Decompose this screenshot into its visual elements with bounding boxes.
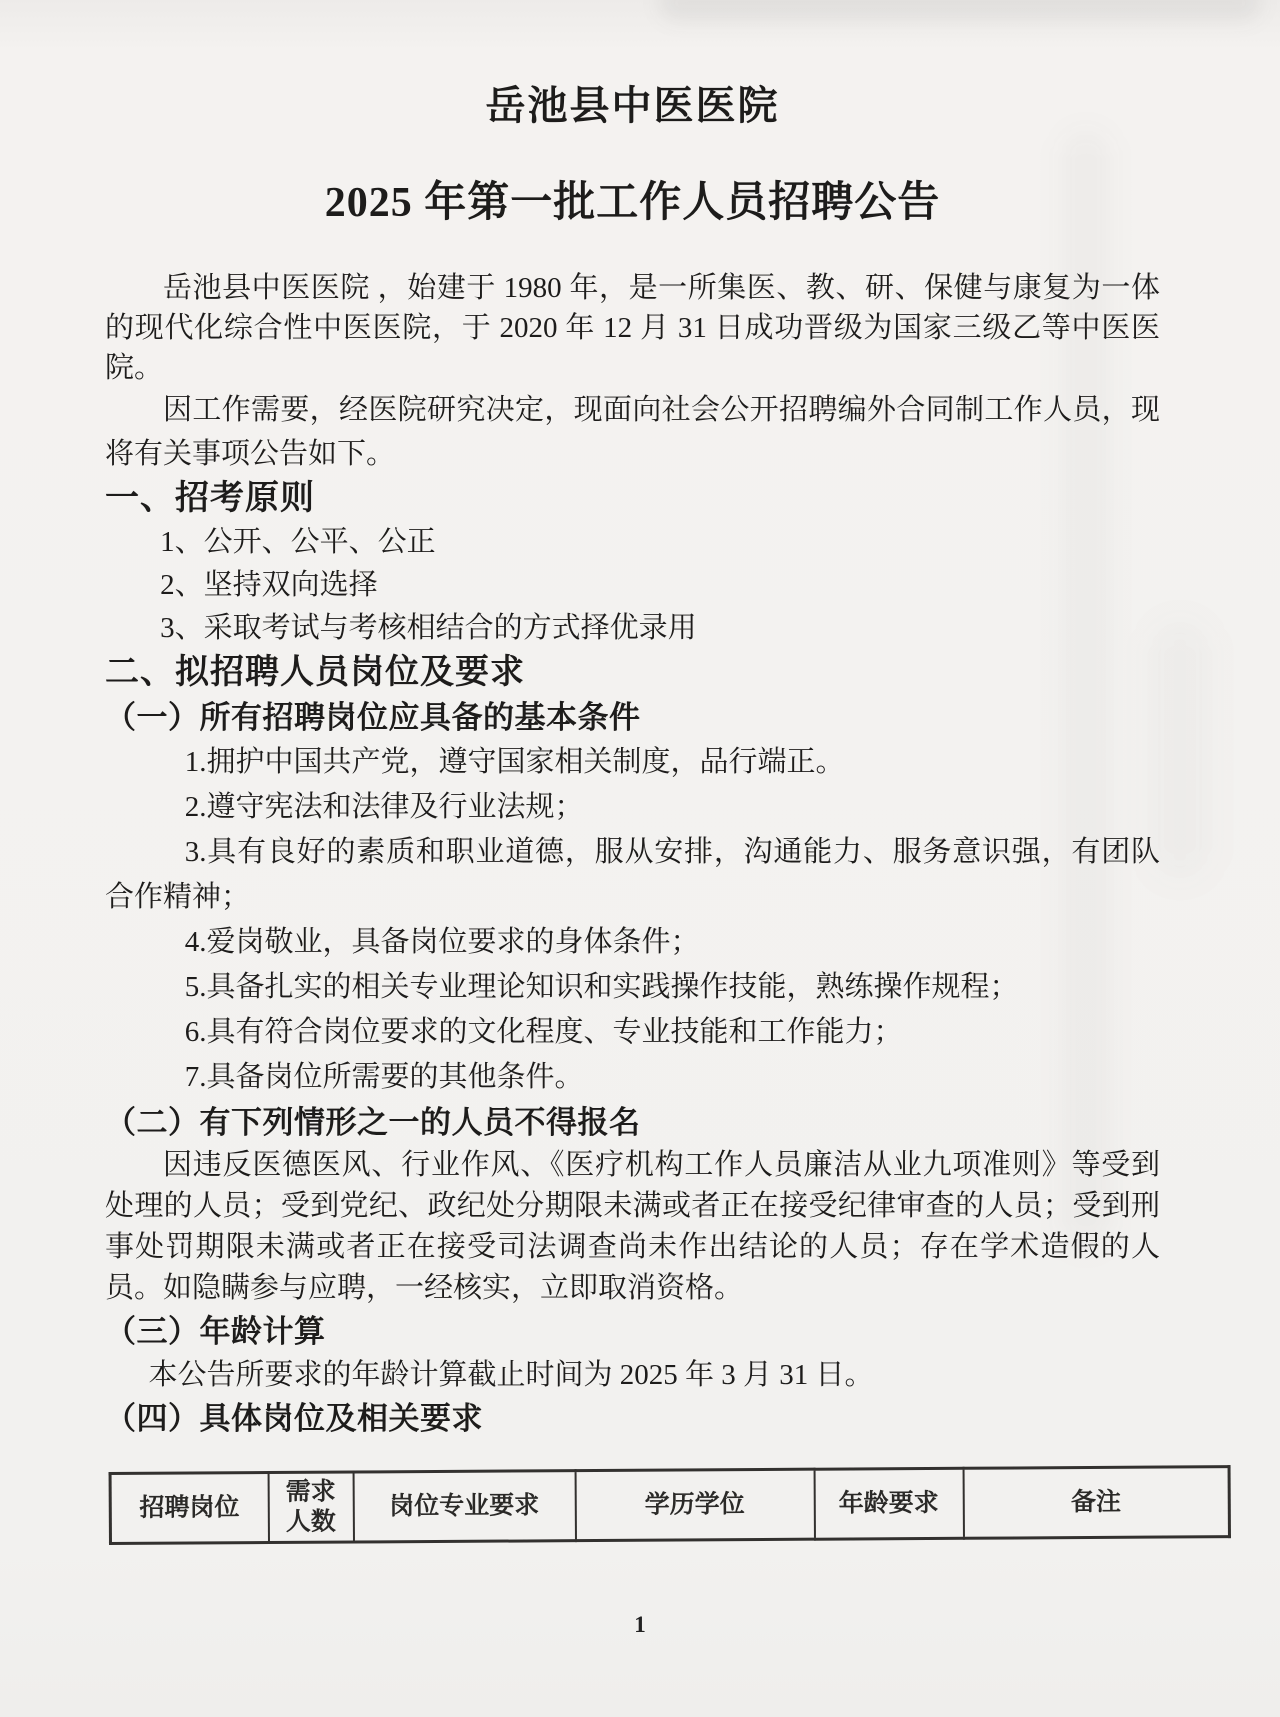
header-cell-headcount: 需求人数 <box>268 1472 353 1543</box>
job-positions-table: 招聘岗位 需求人数 岗位专业要求 学历学位 年龄要求 备注 <box>109 1465 1231 1545</box>
subsection-4-heading: （四）具体岗位及相关要求 <box>105 1396 1160 1441</box>
list-item: 2、坚持双向选择 <box>105 564 1160 607</box>
header-cell-education-degree: 学历学位 <box>575 1469 814 1540</box>
scanned-document-page: 岳池县中医医院 2025 年第一批工作人员招聘公告 岳池县中医医院 ，始建于 1… <box>0 0 1280 1717</box>
list-item: 2.遵守宪法和法律及行业法规； <box>105 785 1160 830</box>
list-item: 4.爱岗敬业，具备岗位要求的身体条件； <box>105 920 1160 965</box>
header-cell-position: 招聘岗位 <box>110 1473 268 1544</box>
document-content: 岳池县中医医院 2025 年第一批工作人员招聘公告 岳池县中医医院 ，始建于 1… <box>105 0 1160 1441</box>
list-item: 3.具有良好的素质和职业道德，服从安排，沟通能力、服务意识强，有团队合作精神； <box>105 830 1160 920</box>
subsection-1-heading: （一）所有招聘岗位应具备的基本条件 <box>105 695 1160 740</box>
section-1-heading: 一、招考原则 <box>105 476 1160 521</box>
header-cell-major-requirement: 岗位专业要求 <box>353 1471 575 1542</box>
intro-paragraph-1: 岳池县中医医院 ，始建于 1980 年，是一所集医、教、研、保健与康复为一体的现… <box>105 268 1160 388</box>
list-item: 7.具备岗位所需要的其他条件。 <box>105 1055 1160 1100</box>
hospital-name-title: 岳池县中医医院 <box>105 84 1160 128</box>
header-cell-age-requirement: 年龄要求 <box>814 1468 963 1539</box>
subsection-3-heading: （三）年龄计算 <box>105 1309 1160 1354</box>
list-item: 1、公开、公平、公正 <box>105 521 1160 564</box>
header-cell-remarks: 备注 <box>963 1467 1229 1539</box>
list-item: 5.具备扎实的相关专业理论知识和实践操作技能，熟练操作规程； <box>105 965 1160 1010</box>
section-2-heading: 二、拟招聘人员岗位及要求 <box>105 650 1160 695</box>
subsection-3-paragraph: 本公告所要求的年龄计算截止时间为 2025 年 3 月 31 日。 <box>105 1354 1160 1396</box>
list-item: 1.拥护中国共产党，遵守国家相关制度，品行端正。 <box>105 740 1160 785</box>
intro-paragraph-2: 因工作需要，经医院研究决定，现面向社会公开招聘编外合同制工作人员，现将有关事项公… <box>105 388 1160 476</box>
list-item: 6.具有符合岗位要求的文化程度、专业技能和工作能力； <box>105 1010 1160 1055</box>
subsection-2-heading: （二）有下列情形之一的人员不得报名 <box>105 1100 1160 1145</box>
page-number: 1 <box>0 1612 1280 1638</box>
list-item: 3、采取考试与考核相结合的方式择优录用 <box>105 607 1160 650</box>
subsection-2-paragraph: 因违反医德医风、行业作风、《医疗机构工作人员廉洁从业九项准则》等受到处理的人员；… <box>105 1145 1160 1309</box>
announcement-title: 2025 年第一批工作人员招聘公告 <box>105 180 1160 226</box>
table-header-row: 招聘岗位 需求人数 岗位专业要求 学历学位 年龄要求 备注 <box>110 1467 1229 1544</box>
